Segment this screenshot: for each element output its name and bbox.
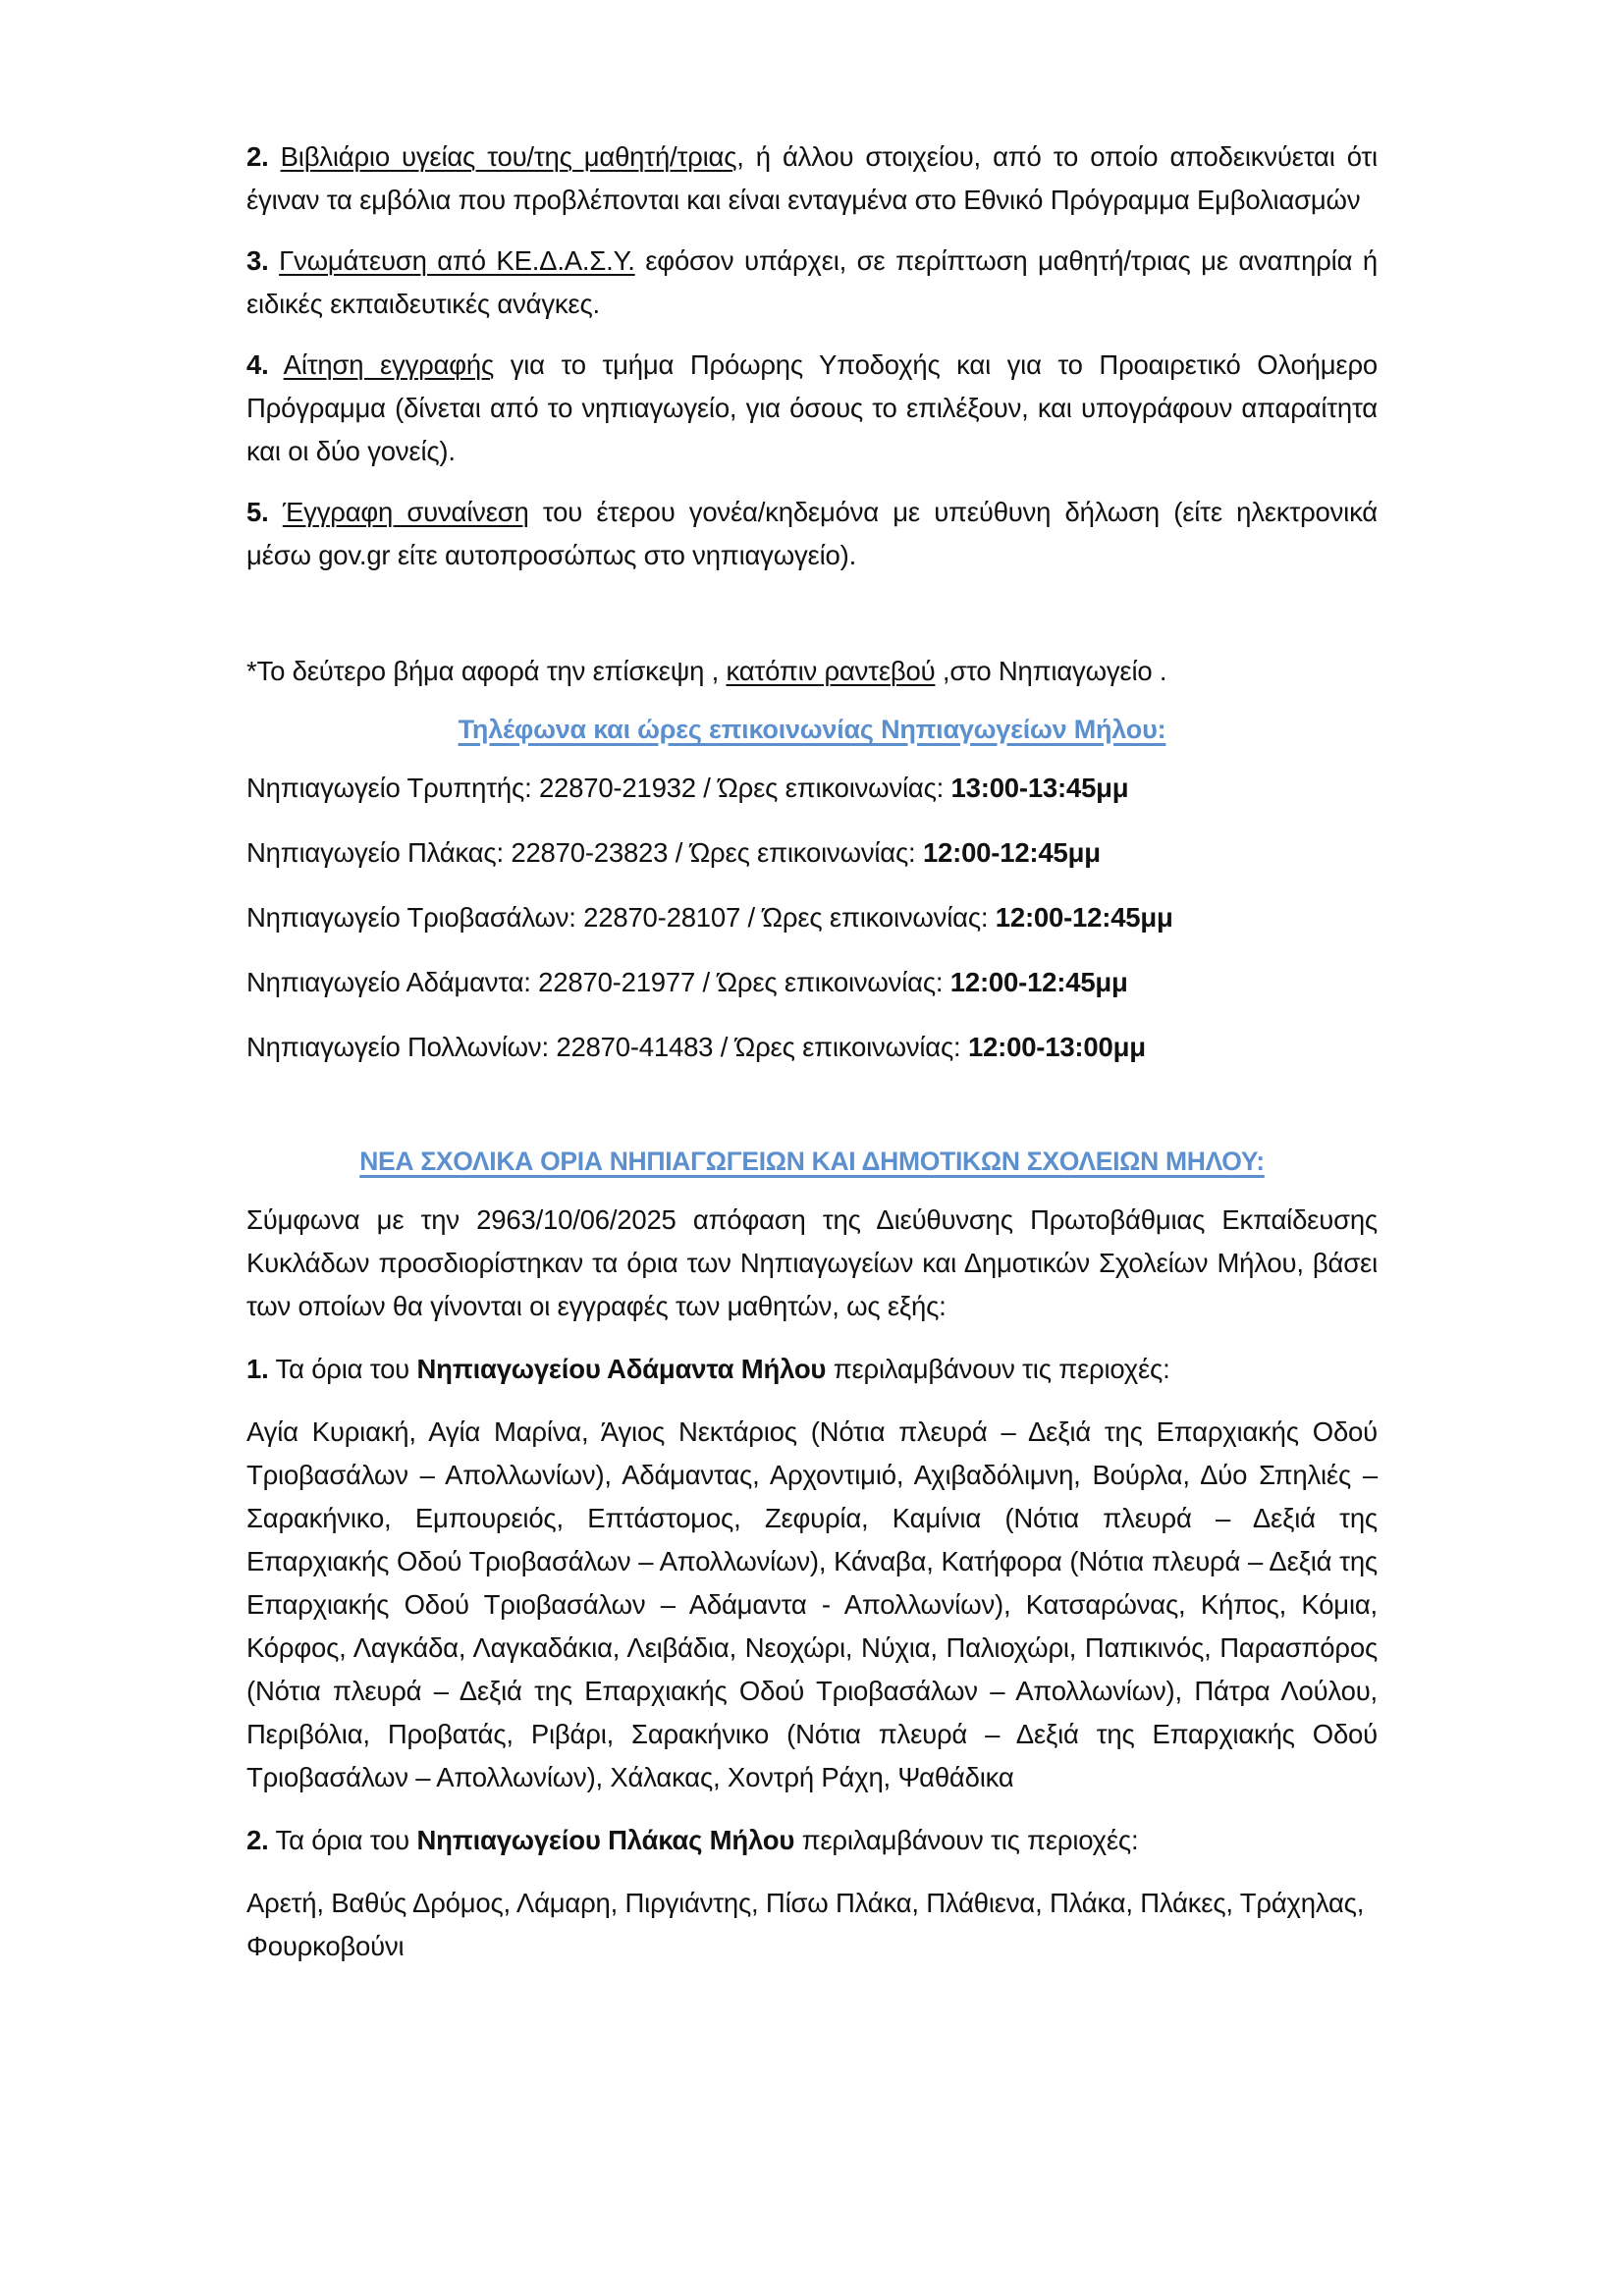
note-text: *Το δεύτερο βήμα αφορά την επίσκεψη ,	[246, 656, 727, 686]
school-name: Νηπιαγωγείου Πλάκας Μήλου	[416, 1825, 794, 1855]
note-underlined: κατόπιν ραντεβού	[727, 656, 936, 686]
contact-hours: 12:00-13:00μμ	[968, 1032, 1146, 1062]
school-2-title: 2. Τα όρια του Νηπιαγωγείου Πλάκας Μήλου…	[246, 1819, 1378, 1862]
item-number: 4.	[246, 349, 269, 380]
contact-line: Νηπιαγωγείο Αδάμαντα: 22870-21977 / Ώρες…	[246, 961, 1378, 1004]
contact-line: Νηπιαγωγείο Πλάκας: 22870-23823 / Ώρες ε…	[246, 831, 1378, 875]
contact-line: Νηπιαγωγείο Πολλωνίων: 22870-41483 / Ώρε…	[246, 1026, 1378, 1069]
contact-text: Νηπιαγωγείο Πολλωνίων: 22870-41483 / Ώρε…	[246, 1032, 968, 1062]
school-number: 2.	[246, 1825, 269, 1855]
school-number: 1.	[246, 1354, 269, 1384]
contacts-heading: Τηλέφωνα και ώρες επικοινωνίας Νηπιαγωγε…	[246, 708, 1378, 751]
contact-line: Νηπιαγωγείο Τρυπητής: 22870-21932 / Ώρες…	[246, 767, 1378, 810]
document-page: 2. Βιβλιάριο υγείας του/της μαθητή/τριας…	[246, 135, 1378, 1968]
contact-hours: 12:00-12:45μμ	[923, 837, 1101, 868]
contact-hours: 12:00-12:45μμ	[950, 967, 1128, 997]
school-prefix: Τα όρια του	[269, 1354, 417, 1384]
contact-hours: 13:00-13:45μμ	[951, 773, 1129, 803]
school-1-areas: Αγία Κυριακή, Αγία Μαρίνα, Άγιος Νεκτάρι…	[246, 1411, 1378, 1799]
item-title: Έγγραφη συναίνεση	[283, 497, 529, 527]
item-number: 3.	[246, 245, 269, 276]
school-prefix: Τα όρια του	[269, 1825, 417, 1855]
school-name: Νηπιαγωγείου Αδάμαντα Μήλου	[416, 1354, 826, 1384]
boundaries-intro: Σύμφωνα με την 2963/10/06/2025 απόφαση τ…	[246, 1199, 1378, 1328]
item-number: 5.	[246, 497, 269, 527]
contact-text: Νηπιαγωγείο Τρυπητής: 22870-21932 / Ώρες…	[246, 773, 951, 803]
school-1-title: 1. Τα όρια του Νηπιαγωγείου Αδάμαντα Μήλ…	[246, 1348, 1378, 1391]
requirement-item-2: 2. Βιβλιάριο υγείας του/της μαθητή/τριας…	[246, 135, 1378, 222]
appointment-note: *Το δεύτερο βήμα αφορά την επίσκεψη , κα…	[246, 650, 1378, 693]
contact-text: Νηπιαγωγείο Τριοβασάλων: 22870-28107 / Ώ…	[246, 902, 996, 933]
boundaries-heading: ΝΕΑ ΣΧΟΛΙΚΑ ΟΡΙΑ ΝΗΠΙΑΓΩΓΕΙΩΝ ΚΑΙ ΔΗΜΟΤΙ…	[246, 1140, 1378, 1183]
requirement-item-5: 5. Έγγραφη συναίνεση του έτερου γονέα/κη…	[246, 491, 1378, 577]
school-suffix: περιλαμβάνουν τις περιοχές:	[826, 1354, 1169, 1384]
requirement-item-3: 3. Γνωμάτευση από ΚΕ.Δ.Α.Σ.Υ. εφόσον υπά…	[246, 240, 1378, 326]
note-text-end: ,στο Νηπιαγωγείο .	[935, 656, 1166, 686]
contact-line: Νηπιαγωγείο Τριοβασάλων: 22870-28107 / Ώ…	[246, 896, 1378, 939]
contact-hours: 12:00-12:45μμ	[996, 902, 1173, 933]
item-title: Γνωμάτευση από ΚΕ.Δ.Α.Σ.Υ.	[279, 245, 635, 276]
school-suffix: περιλαμβάνουν τις περιοχές:	[794, 1825, 1138, 1855]
requirement-item-4: 4. Αίτηση εγγραφής για το τμήμα Πρόωρης …	[246, 344, 1378, 473]
contact-text: Νηπιαγωγείο Αδάμαντα: 22870-21977 / Ώρες…	[246, 967, 950, 997]
item-number: 2.	[246, 141, 269, 172]
item-title: Αίτηση εγγραφής	[284, 349, 494, 380]
school-2-areas: Αρετή, Βαθύς Δρόμος, Λάμαρη, Πιργιάντης,…	[246, 1882, 1378, 1968]
item-title: Βιβλιάριο υγείας του/της μαθητή/τριας	[281, 141, 737, 172]
contact-text: Νηπιαγωγείο Πλάκας: 22870-23823 / Ώρες ε…	[246, 837, 923, 868]
